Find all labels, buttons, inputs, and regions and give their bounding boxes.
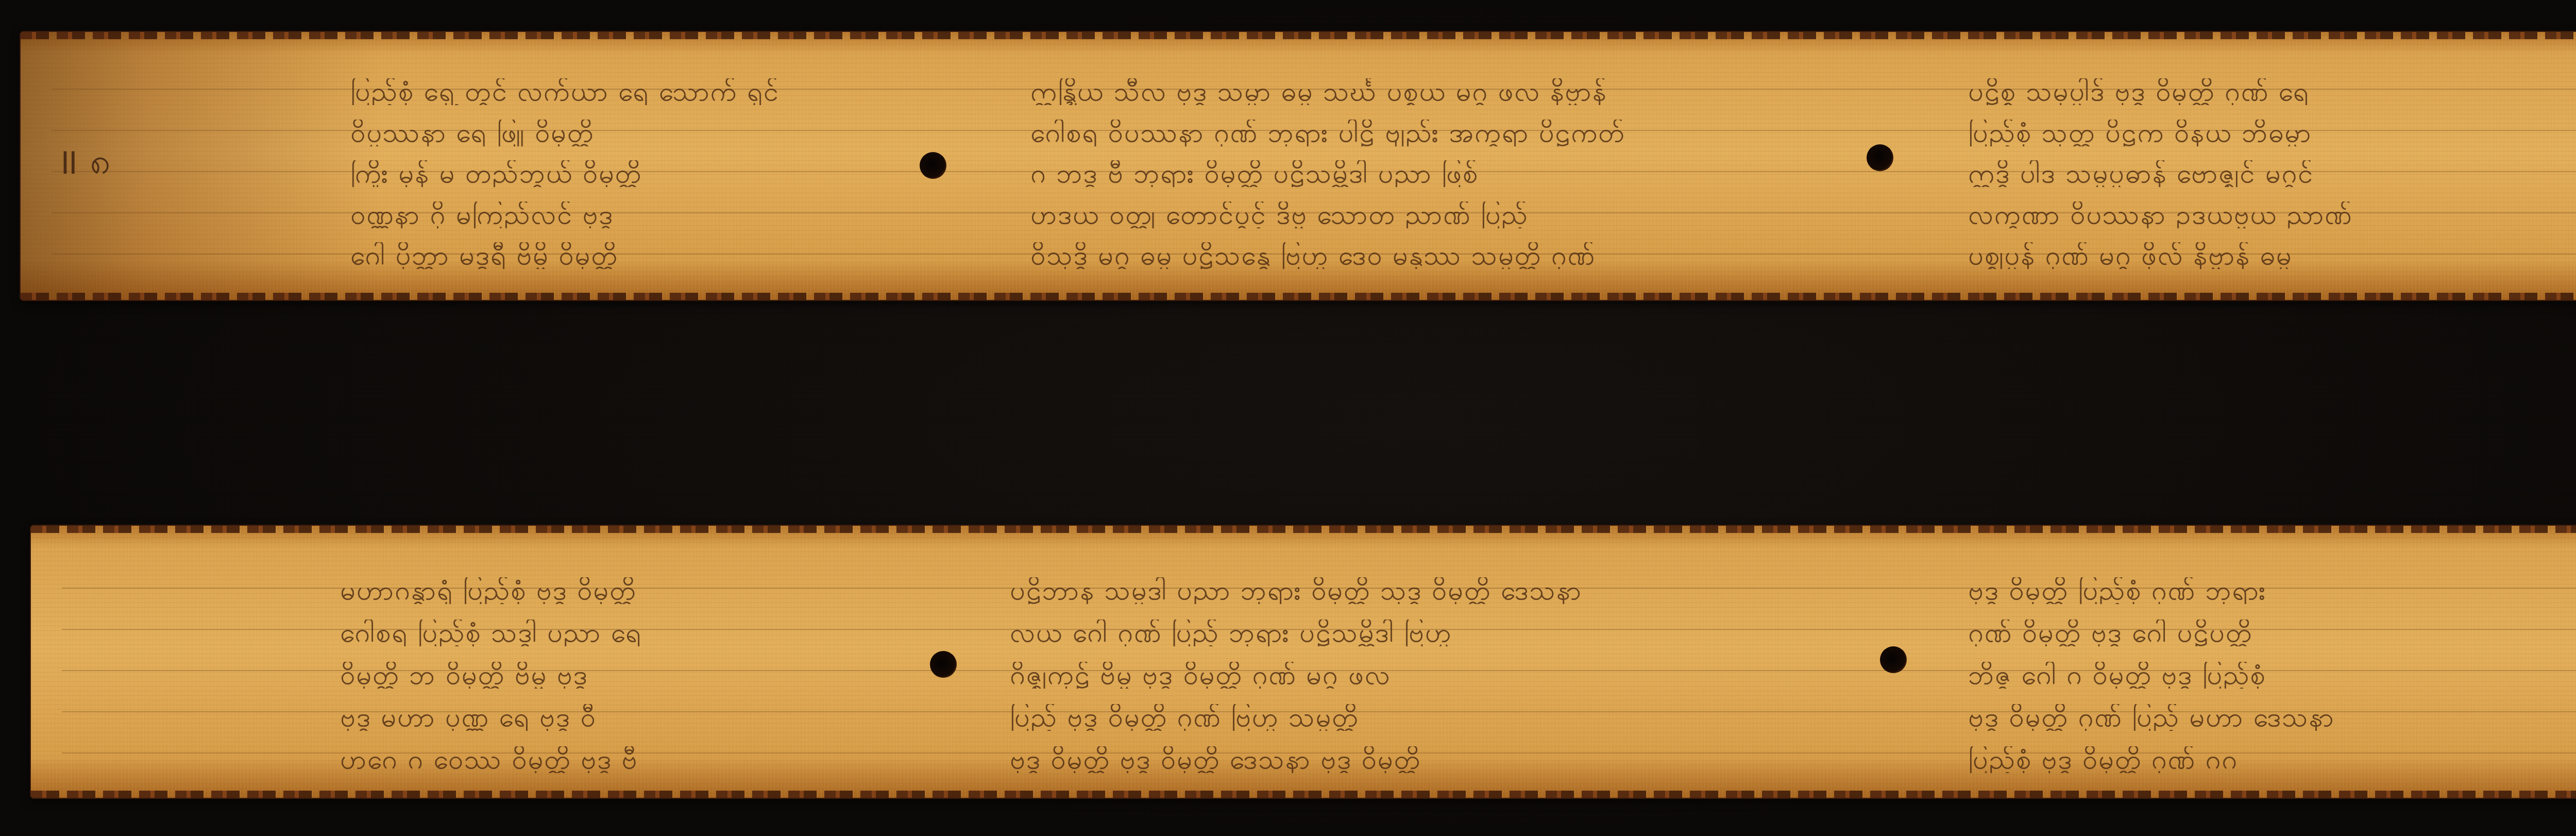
script-line: ဟဂေ ဂ ဝေဿ ဝိမုတ္တိ ဗုဒ္ဓ ဗီ: [340, 746, 917, 773]
script-line: ဂေါ ပိုဘ္ဘာ မဒ္ဒရီ ဗိမ္ဗိ ဝိမုတ္တိ: [350, 242, 896, 269]
script-line: လယ ဂေါ ဂုဏ် ပြည့် ဘုရား ပဋိသမ္ဘိဒါ ဗြဟ္မ: [1010, 620, 1855, 646]
script-line: ဝိမုတ္တိ ဘ ဝိမုတ္တိ ဗိမ္ဗ ဗုဒ္ဓ: [340, 662, 917, 689]
script-line: ပြည့် ဗုဒ္ဓ ဝိမုတ္တိ ဂုဏ် ဗြဟ္မ သမ္ပတ္တိ: [1010, 704, 1855, 731]
script-line: ဣန္ဒြိယ သီလ ဗုဒ္ဓ သမ္မာ ဓမ္မ သင်္ဃ ပစ္စယ…: [1030, 78, 1834, 105]
script-line: ပြည့်စုံ သုတ္တ ပိဋက ဝိနယ ဘိဓမ္မာ: [1968, 120, 2576, 146]
script-line: ဗုဒ္ဓ ဝိမုတ္တိ ပြည့်စုံ ဂုဏ် ဘုရား: [1968, 577, 2576, 604]
page-number: ॥ ၈: [57, 135, 110, 192]
binding-hole: [1880, 646, 1907, 673]
text-block-right: ဗုဒ္ဓ ဝိမုတ္တိ ပြည့်စုံ ဂုဏ် ဘုရား ဂုဏ် …: [1968, 577, 2576, 773]
script-line: ဝိပ္ပဿနာ ရေ ဖြူ ဝိမုတ္တိ: [350, 120, 896, 146]
leaf-edge: [31, 791, 2576, 798]
script-line: ပဋိဘာန သမ္ပဒါ ပညာ ဘုရား ဝိမုတ္တိ သုဒ္ဓ ဝ…: [1010, 577, 1855, 604]
script-line: ဗုဒ္ဓ ဝိမုတ္တိ ဂုဏ် ပြည့် မဟာ ဒေသနာ: [1968, 704, 2576, 731]
script-line: ဗုဒ္ဓ မဟာ ပုဏ္ဏ ရေ ဗုဒ္ဓ ဝီ: [340, 704, 917, 731]
script-line: ဘိဇ္ဇ ဂေါ ဂ ဝိမုတ္တိ ဗုဒ္ဓ ပြည့်စုံ: [1968, 662, 2576, 689]
script-line: မဟာဂန္ဓာရုံ ပြည့်စုံ ဗုဒ္ဓ ဝိမုတ္တိ: [340, 577, 917, 604]
script-line: လက္ခဏာ ဝိပဿနာ ဥဒယဗ္ဗယ ညာဏ်: [1968, 202, 2576, 228]
script-line: ဂေါစရ ဝိပဿနာ ဂုဏ် ဘုရား ပါဠိ ဗျည်း အက္ခရ…: [1030, 120, 1834, 146]
script-line: ဟဒယ ဝတ္ထု တောင်ပွင့် ဒိဗ္ဗ သောတ ညာဏ် ပြည…: [1030, 202, 1834, 228]
script-line: ပြည့်စုံ ဗုဒ္ဓ ဝိမုတ္တိ ဂုဏ် ဂဂ: [1968, 746, 2576, 773]
script-line: ဣဒ္ဓိ ပါဒ သမ္မပ္ပဓာန် ဗောဇ္ဈင် မဂ္ဂင်: [1968, 160, 2576, 187]
text-block-right: ပဋိစ္စ သမုပ္ပါဒ် ဗုဒ္ဓ ဝိမုတ္တိ ဂုဏ် ရေ …: [1968, 78, 2576, 269]
script-line: ဂိဇ္ဈကုဋ် ဗိမ္ဗ ဗုဒ္ဓ ဝိမုတ္တိ ဂုဏ် မဂ္ဂ…: [1010, 662, 1855, 689]
text-block-center: ပဋိဘာန သမ္ပဒါ ပညာ ဘုရား ဝိမုတ္တိ သုဒ္ဓ ဝ…: [1010, 577, 1855, 773]
script-line: ပြည့်စုံ ရှေ့ တွင် လက်ယာ ရေ သောက် ရှင်: [350, 78, 896, 105]
binding-hole: [930, 651, 957, 678]
binding-hole: [1867, 144, 1893, 171]
binding-hole: [920, 152, 946, 179]
script-line: ဂေါစရ ပြည့်စုံ သဒ္ဓါ ပညာ ရေ: [340, 620, 917, 646]
script-line: ဝိသုဒ္ဓိ မဂ္ဂ ဓမ္မ ပဋိသန္ဓေ ဗြဟ္မ ဒေဝ မန…: [1030, 242, 1834, 269]
text-block-left: မဟာဂန္ဓာရုံ ပြည့်စုံ ဗုဒ္ဓ ဝိမုတ္တိ ဂေါစ…: [340, 577, 917, 773]
script-line: ဂုဏ် ဝိမုတ္တိ ဗုဒ္ဓ ဂေါ ပဋိပတ္တိ: [1968, 620, 2576, 646]
script-line: ဝဏ္ဏနာ ဂို မကြည်လင် ဗုဒ္ဓ: [350, 202, 896, 228]
text-block-left: ပြည့်စုံ ရှေ့ တွင် လက်ယာ ရေ သောက် ရှင် ဝ…: [350, 78, 896, 269]
leaf-edge: [21, 32, 2576, 39]
script-line: ကြိုး မုန် မ တည်ဘွယ် ဝိမုတ္တိ: [350, 160, 896, 187]
script-line: ဂ ဘဒ္ဒ ဗီ ဘုရား ဝိမုတ္တိ ပဋိသမ္ဘိဒါ ပညာ …: [1030, 160, 1834, 187]
bottom-palm-leaf: မဟာဂန္ဓာရုံ ပြည့်စုံ ဗုဒ္ဓ ဝိမုတ္တိ ဂေါစ…: [31, 526, 2576, 798]
text-block-center: ဣန္ဒြိယ သီလ ဗုဒ္ဓ သမ္မာ ဓမ္မ သင်္ဃ ပစ္စယ…: [1030, 78, 1834, 269]
top-palm-leaf: ॥ ၈ ပြည့်စုံ ရှေ့ တွင် လက်ယာ ရေ သောက် ရှ…: [21, 32, 2576, 300]
script-line: ဗုဒ္ဓ ဝိမုတ္တိ ဗုဒ္ဓ ဝိမုတ္တိ ဒေသနာ ဗုဒ္…: [1010, 746, 1855, 773]
leaf-edge: [21, 293, 2576, 300]
leaf-edge: [31, 526, 2576, 533]
script-line: ပစ္စုပ္ပန် ဂုဏ် မဂ္ဂ ဖိုလ် နိဗ္ဗာန် ဓမ္မ: [1968, 242, 2576, 269]
script-line: ပဋိစ္စ သမုပ္ပါဒ် ဗုဒ္ဓ ဝိမုတ္တိ ဂုဏ် ရေ: [1968, 78, 2576, 105]
